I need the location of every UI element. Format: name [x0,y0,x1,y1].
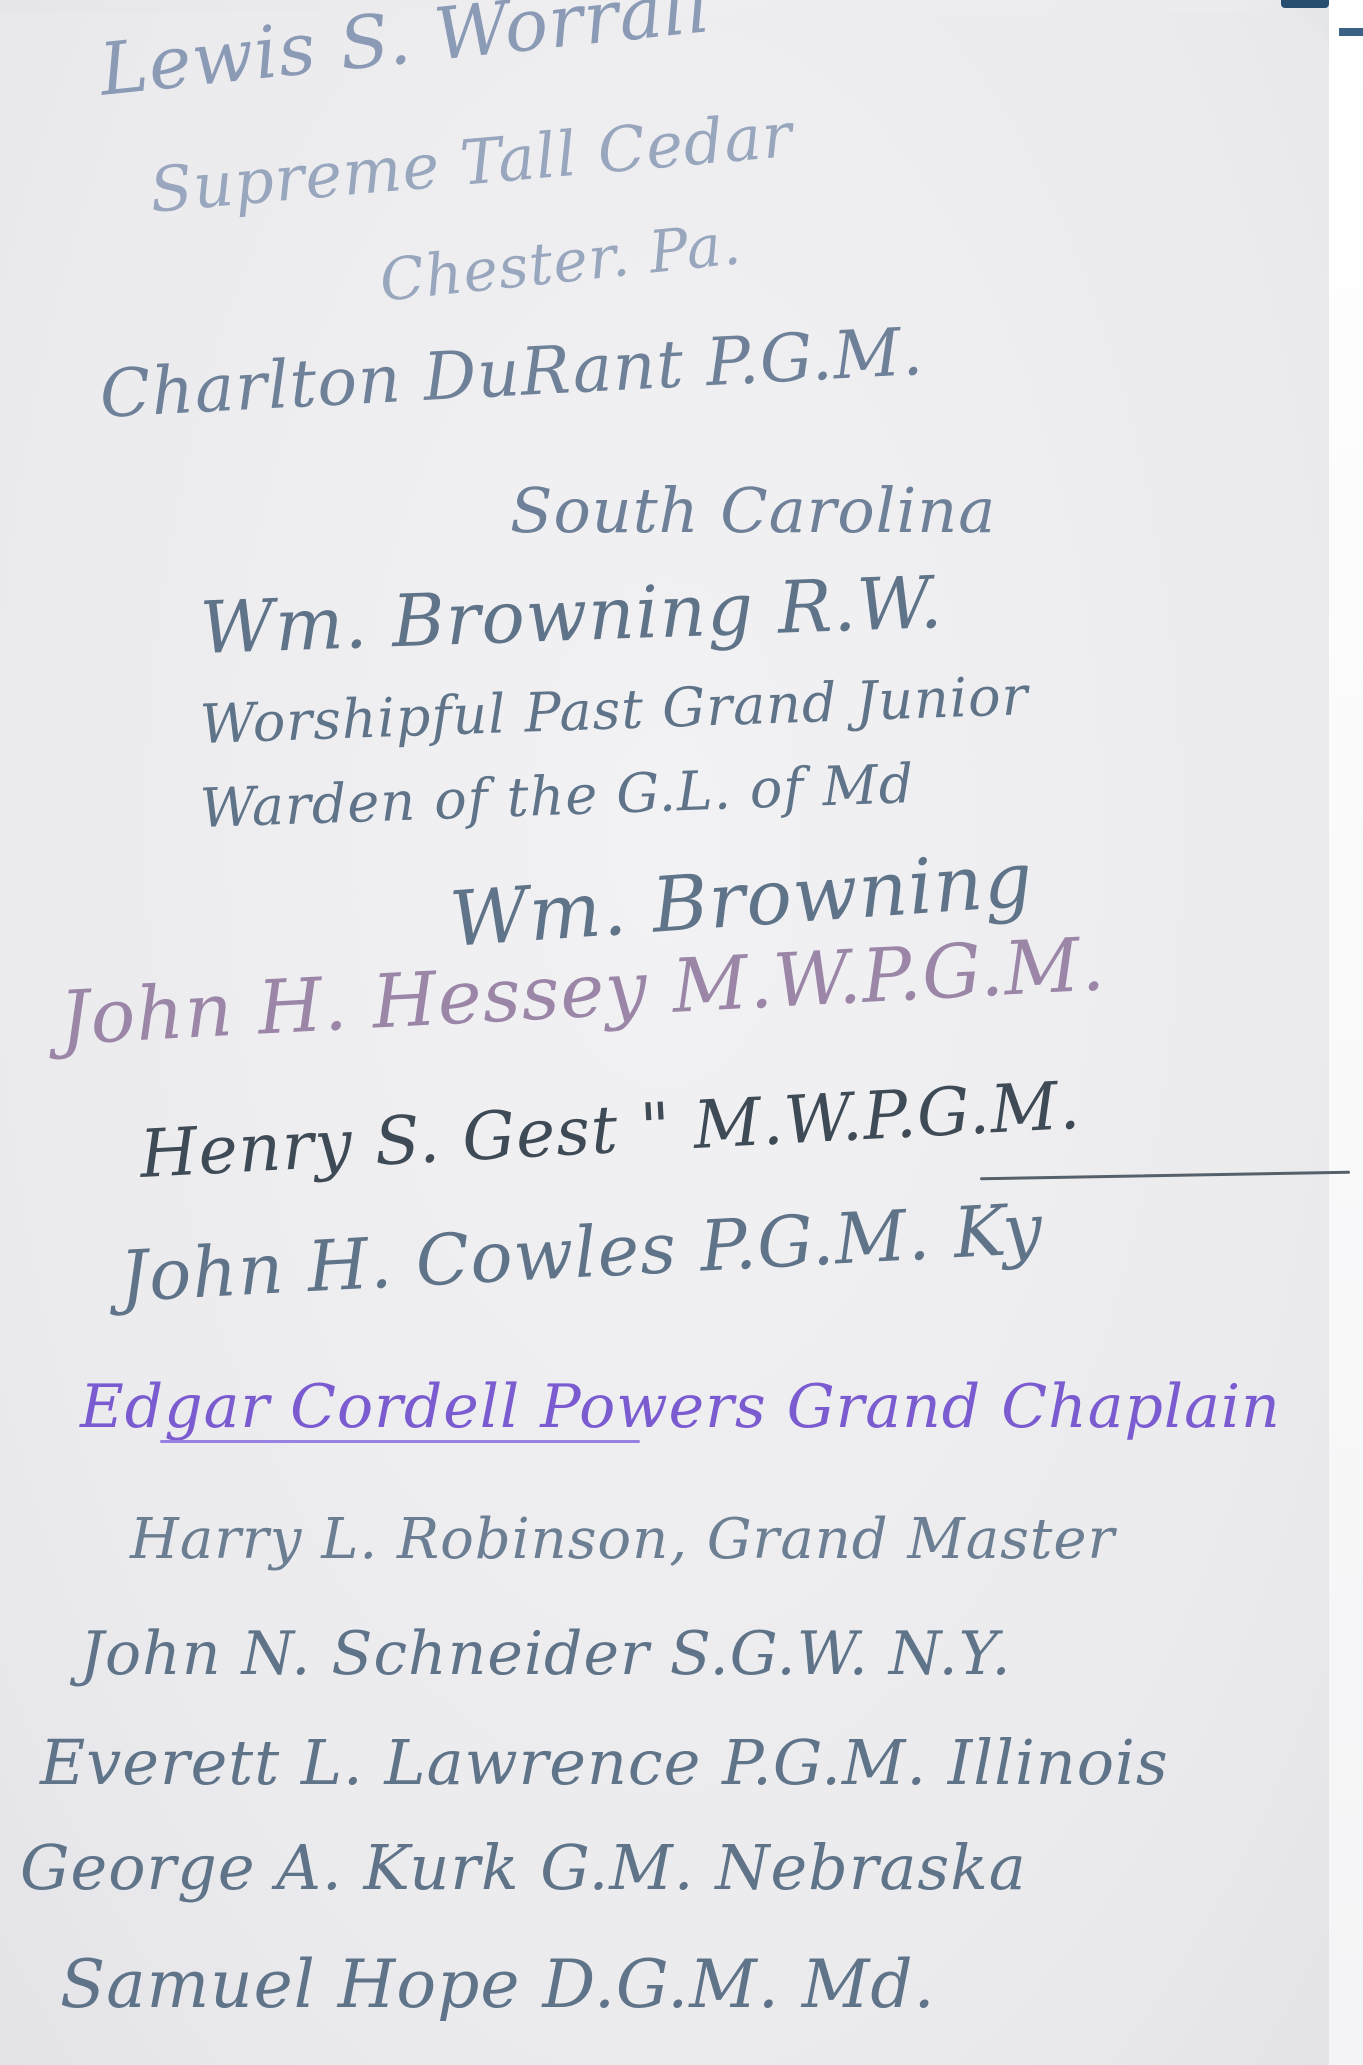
signature-worrall: Lewis S. Worrall [96,0,714,106]
signature-durant: Charlton DuRant P.G.M. [98,319,925,428]
location-durant: South Carolina [510,480,996,542]
title-worrall: Supreme Tall Cedar [147,104,795,222]
location-worrall: Chester. Pa. [377,214,744,310]
underline-gest [980,1171,1350,1180]
autograph-page: Lewis S. Worrall Supreme Tall Cedar Ches… [0,12,1329,2065]
cover-binding-stripe-side [1339,28,1363,36]
signature-powers: Edgar Cordell Powers Grand Chaplain [80,1377,1281,1437]
photo-frame: Lewis S. Worrall Supreme Tall Cedar Ches… [0,0,1363,2065]
signature-cowles: John H. Cowles P.G.M. Ky [118,1194,1045,1312]
cover-binding-stripe [1281,0,1329,8]
signature-schneider: John N. Schneider S.G.W. N.Y. [80,1624,1012,1684]
title-browning-2: Warden of the G.L. of Md [199,757,915,836]
title-browning-1: Worshipful Past Grand Junior [199,669,1029,752]
signature-kurk: George A. Kurk G.M. Nebraska [20,1837,1027,1899]
signature-lawrence: Everett L. Lawrence P.G.M. Illinois [40,1732,1169,1794]
signature-hope: Samuel Hope D.G.M. Md. [60,1952,936,2018]
signature-robinson: Harry L. Robinson, Grand Master [130,1512,1115,1568]
book-cover-edge [1329,0,1363,2065]
underline-powers [160,1440,640,1443]
signature-browning-1: Wm. Browning R.W. [199,566,945,664]
signature-gest: Henry S. Gest " M.W.P.G.M. [138,1073,1082,1188]
